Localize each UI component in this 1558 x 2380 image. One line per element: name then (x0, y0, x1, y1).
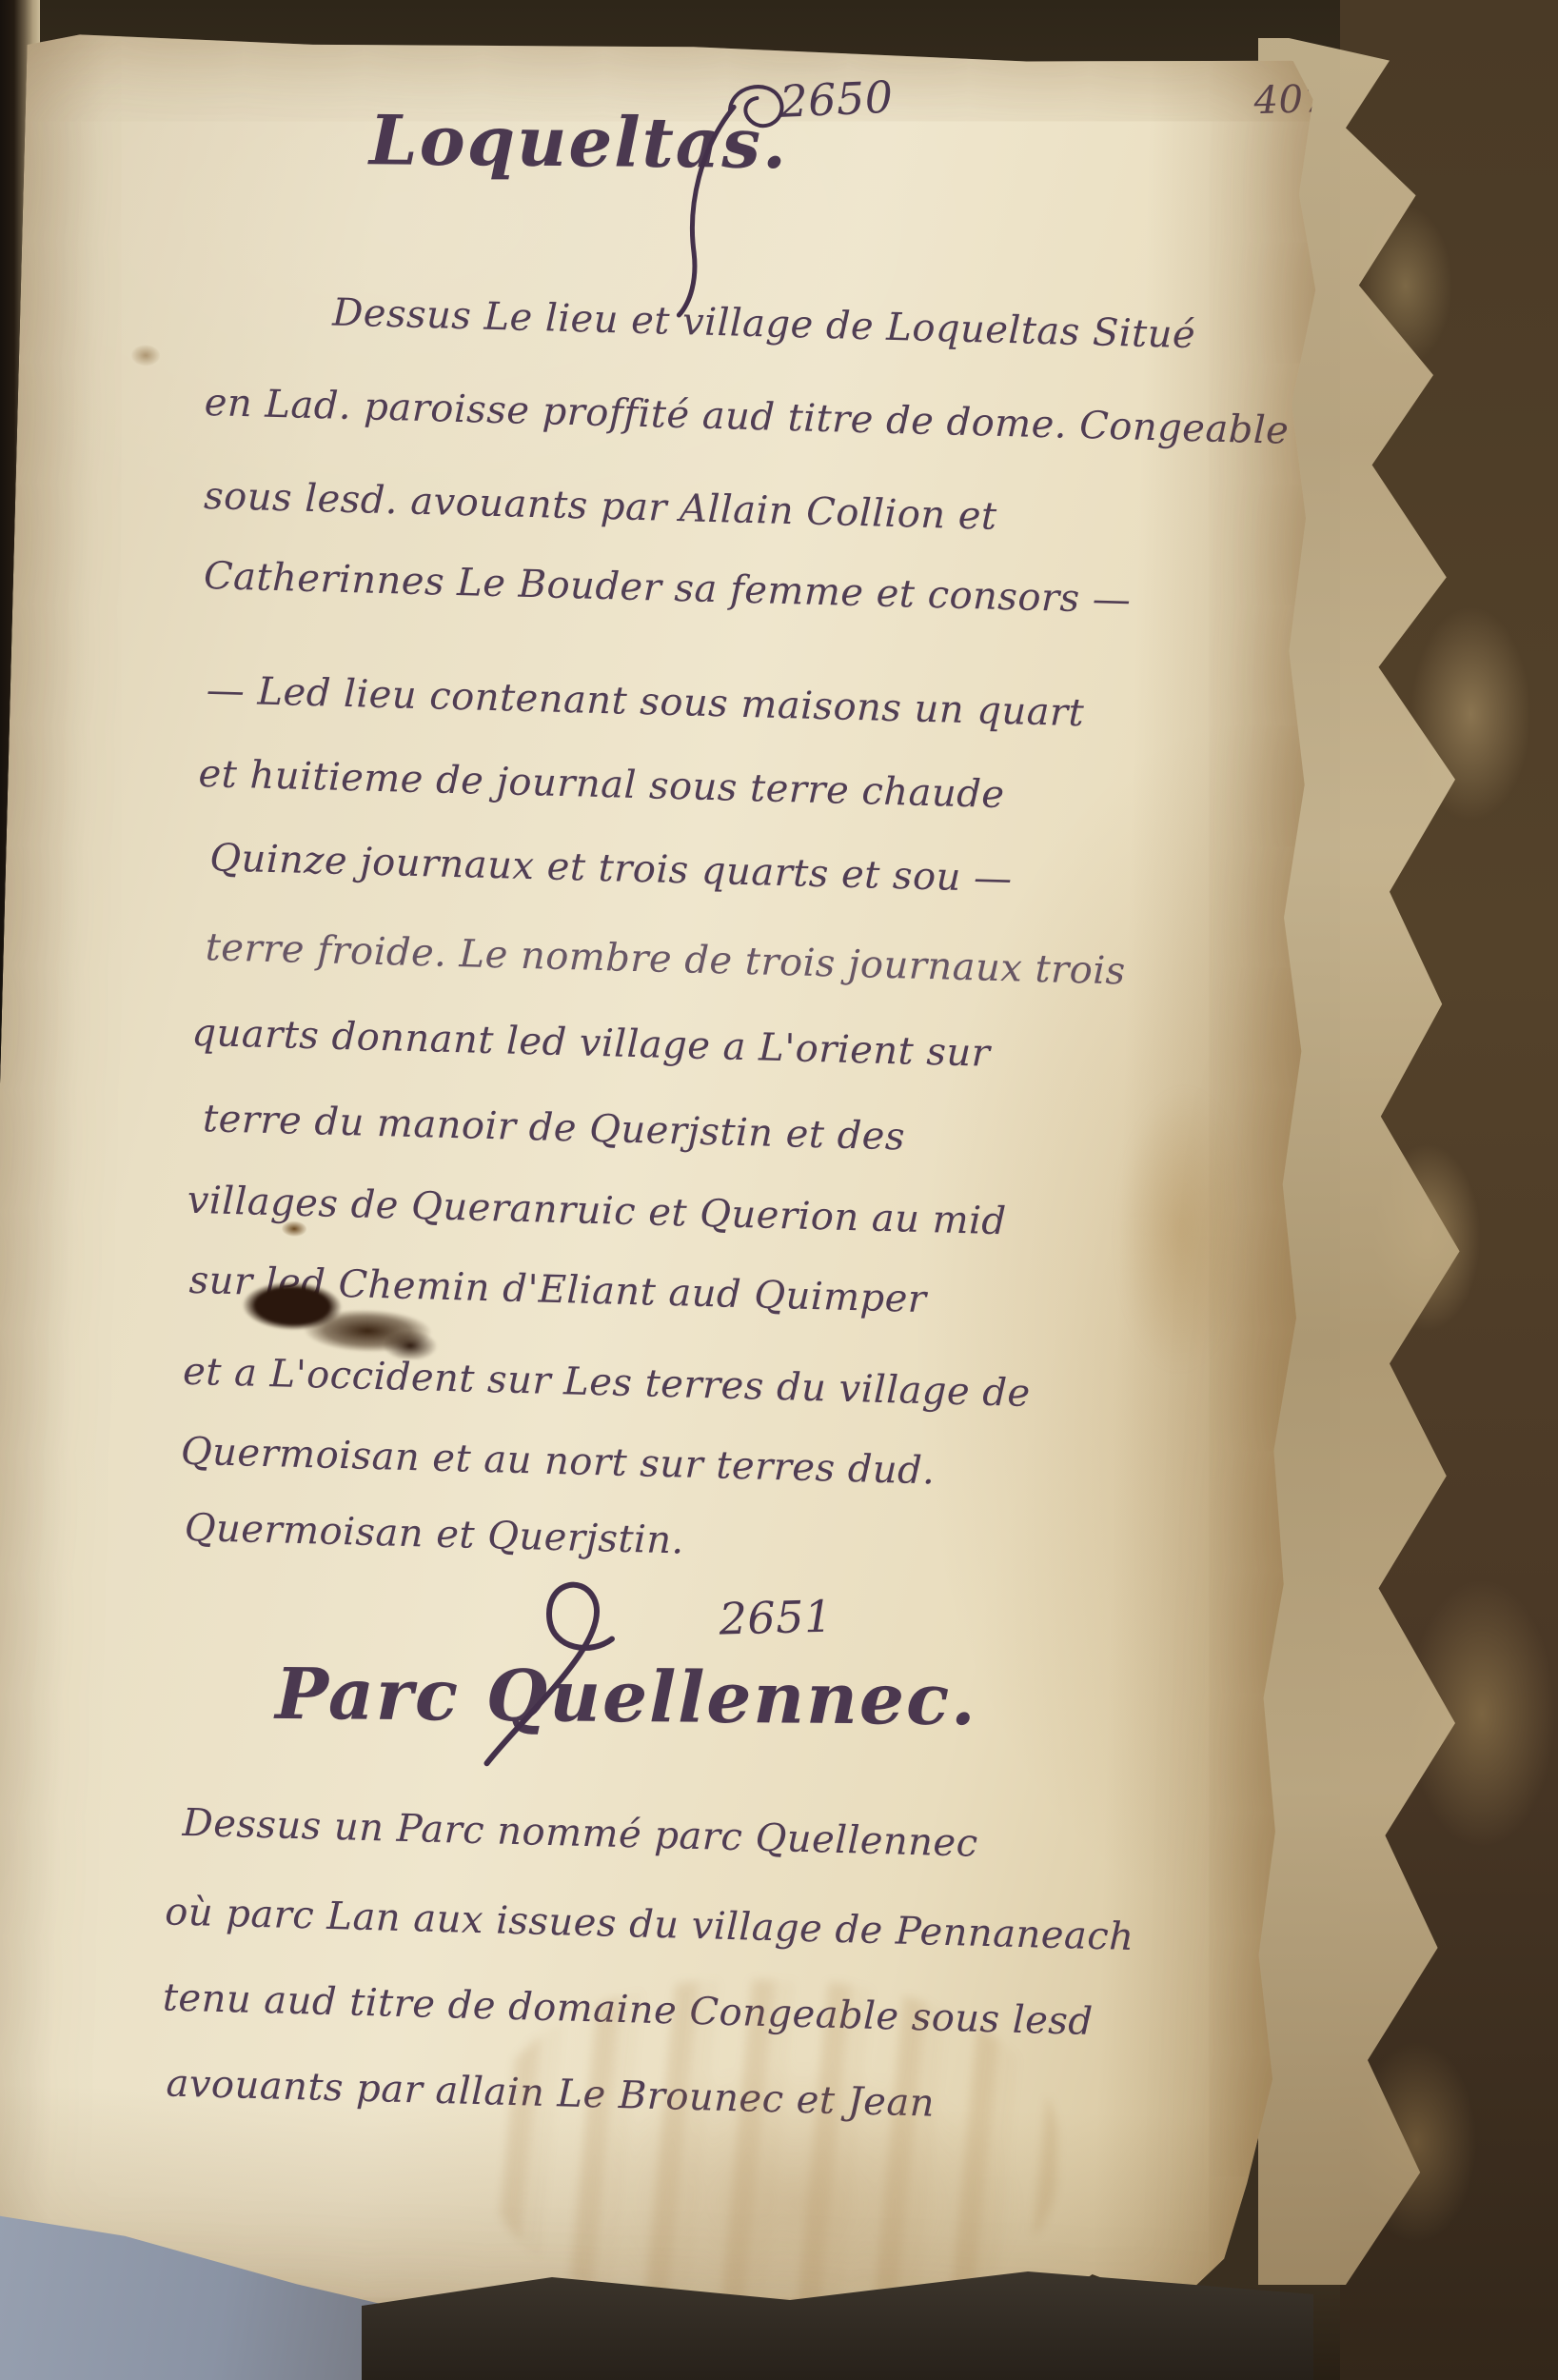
water-stain-streaks (482, 1973, 1061, 2330)
manuscript-line: Quermoisan et Querjstin. (184, 1506, 684, 1563)
manuscript-line: Quinze journaux et trois quarts et sou — (209, 836, 1013, 901)
manuscript-line: — Led lieu contenant sous maisons un qua… (206, 668, 1084, 735)
ink-blot (220, 1263, 460, 1361)
entry-number: 2651 (719, 1591, 833, 1645)
manuscript-line: sous lesd. avouants par Allain Collion e… (204, 474, 998, 539)
edge-stain (1086, 1027, 1277, 1432)
flourish-paraph-icon (458, 1559, 644, 1783)
manuscript-photo: 2650 407. Loqueltas. Dessus Le lieu et v… (0, 0, 1558, 2380)
manuscript-line: Dessus un Parc nommé parc Quellennec (182, 1801, 978, 1866)
manuscript-line: où parc Lan aux issues du village de Pen… (165, 1890, 1134, 1959)
manuscript-line: terre froide. Le nombre de trois journau… (205, 925, 1126, 993)
manuscript-line: quarts donnant led village a L'orient su… (191, 1011, 991, 1076)
manuscript-line: et huitieme de journal sous terre chaude (198, 752, 1005, 817)
flourish-paraph-icon (629, 61, 798, 322)
paper-stain (131, 345, 161, 367)
ink-spot (282, 1220, 306, 1237)
manuscript-line: villages de Queranruic et Querion au mid (187, 1179, 1007, 1244)
manuscript-line: Catherinnes Le Bouder sa femme et consor… (203, 554, 1131, 622)
manuscript-page: 2650 407. Loqueltas. Dessus Le lieu et v… (0, 28, 1333, 2346)
manuscript-line: terre du manoir de Querjstin et des (203, 1097, 906, 1159)
manuscript-line: en Lad. paroisse proffité aud titre de d… (204, 381, 1290, 453)
manuscript-line: et a L'occident sur Les terres du villag… (183, 1350, 1032, 1416)
manuscript-line: Quermoisan et au nort sur terres dud. (180, 1430, 936, 1494)
